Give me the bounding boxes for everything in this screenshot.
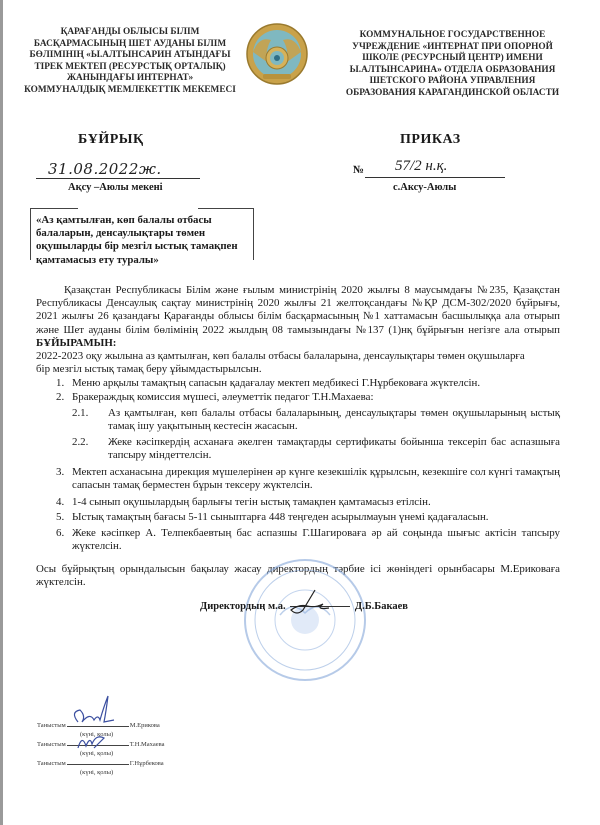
header-kz-line: БАСҚАРМАСЫНЫҢ ШЕТ АУДАНЫ БІЛІМ [20, 39, 240, 51]
preamble-lead: 2022-2023 оқу жылына аз қамтылған, көп б… [36, 350, 536, 376]
order-title-ru: ПРИКАЗ [400, 132, 461, 148]
ack-label: Таныстым [37, 722, 66, 729]
header-ru-line: КОММУНАЛЬНОЕ ГОСУДАРСТВЕННОЕ [340, 30, 565, 42]
header-kz-line: ЖАНЫНДАҒЫ ИНТЕРНАТ» [20, 73, 240, 85]
number-underline [365, 177, 505, 178]
item-text: Жеке кәсіпкердің асханаға әкелген тамақт… [108, 436, 560, 462]
item-text: 1-4 сынып оқушылардың барлығы тегін ысты… [72, 496, 560, 509]
ack-hint: (күні, қолы) [80, 769, 113, 776]
item-number: 6. [56, 527, 64, 540]
ack-label: Таныстым [37, 741, 66, 748]
order-date-handwritten: 31.08.2022ж. [48, 160, 162, 178]
page-left-edge [0, 0, 3, 825]
item-number: 1. [56, 377, 64, 390]
order-number-handwritten: 57/2 н.қ. [395, 158, 447, 175]
item-number: 2.2. [72, 436, 88, 449]
signature-role: Директордың м.а. [200, 601, 286, 612]
header-ru-line: ШКОЛЕ (РЕСУРСНЫЙ ЦЕНТР) ИМЕНИ [340, 53, 565, 65]
header-ru-line: ШЕТСКОГО РАЙОНА УПРАВЛЕНИЯ [340, 76, 565, 88]
state-emblem-icon [245, 22, 309, 86]
ack-signature-icon [68, 692, 118, 732]
place-kz: Ақсу –Аюлы мекені [68, 182, 163, 193]
ack-signature-icon [74, 730, 110, 752]
item-text: Бракераждық комиссия мүшесі, әлеуметтік … [72, 391, 560, 404]
place-ru: с.Аксу-Аюлы [393, 182, 456, 193]
item-text: Аз қамтылған, көп балалы отбасы балалары… [108, 407, 560, 433]
date-underline [36, 178, 200, 179]
header-institution-ru: КОММУНАЛЬНОЕ ГОСУДАРСТВЕННОЕ УЧРЕЖДЕНИЕ … [340, 30, 565, 100]
order-title-kz: БҰЙРЫҚ [78, 132, 144, 148]
ack-name: Т.Н.Махаева [130, 741, 165, 748]
item-number: 5. [56, 511, 64, 524]
item-number: 2. [56, 391, 64, 404]
official-stamp-icon [240, 555, 370, 685]
ack-row: ТаныстымГ.Нұрбекова [37, 760, 164, 768]
item-number: 2.1. [72, 407, 88, 420]
director-signature-icon [285, 588, 335, 618]
preamble-paragraph: Қазақстан Республикасы Білім және ғылым … [36, 284, 560, 350]
order-word: БҰЙЫРАМЫН: [36, 337, 116, 349]
header-kz-line: ТІРЕК МЕКТЕП (РЕСУРСТЫҚ ОРТАЛЫҚ) [20, 62, 240, 74]
header-ru-line: ОБРАЗОВАНИЯ КАРАГАНДИНСКОЙ ОБЛАСТИ [340, 88, 565, 100]
number-sign: № [353, 164, 364, 176]
ack-underline [67, 764, 129, 765]
item-text: Мектеп асханасына дирекция мүшелерінен ә… [72, 466, 560, 492]
header-institution-kz: ҚАРАҒАНДЫ ОБЛЫСЫ БІЛІМ БАСҚАРМАСЫНЫҢ ШЕТ… [20, 27, 240, 97]
ack-name: Г.Нұрбекова [130, 760, 164, 767]
ack-label: Таныстым [37, 760, 66, 767]
signature-name: Д.Б.Бакаев [355, 601, 408, 612]
header-kz-line: ҚАРАҒАНДЫ ОБЛЫСЫ БІЛІМ [20, 27, 240, 39]
item-number: 4. [56, 496, 64, 509]
ack-name: М.Ерикова [130, 722, 160, 729]
item-number: 3. [56, 466, 64, 479]
header-kz-line: КОММУНАЛДЫҚ МЕМЛЕКЕТТІК МЕКЕМЕСІ [20, 85, 240, 97]
item-text: Ыстық тамақтың бағасы 5-11 сыныптарға 44… [72, 511, 560, 524]
header-kz-line: БӨЛІМІНІҢ «Ы.АЛТЫНСАРИН АТЫНДАҒЫ [20, 50, 240, 62]
preamble-text: Қазақстан Республикасы Білім және ғылым … [36, 284, 560, 336]
order-subject: «Аз қамтылған, көп балалы отбасы балалар… [36, 214, 256, 267]
header-ru-line: УЧРЕЖДЕНИЕ «ИНТЕРНАТ ПРИ ОПОРНОЙ [340, 42, 565, 54]
item-text: Жеке кәсіпкер А. Телпекбаевтың бас аспаз… [72, 527, 560, 553]
item-text: Меню арқылы тамақтың сапасын қадағалау м… [72, 377, 560, 390]
header-ru-line: Ы.АЛТЫНСАРИНА» ОТДЕЛА ОБРАЗОВАНИЯ [340, 65, 565, 77]
